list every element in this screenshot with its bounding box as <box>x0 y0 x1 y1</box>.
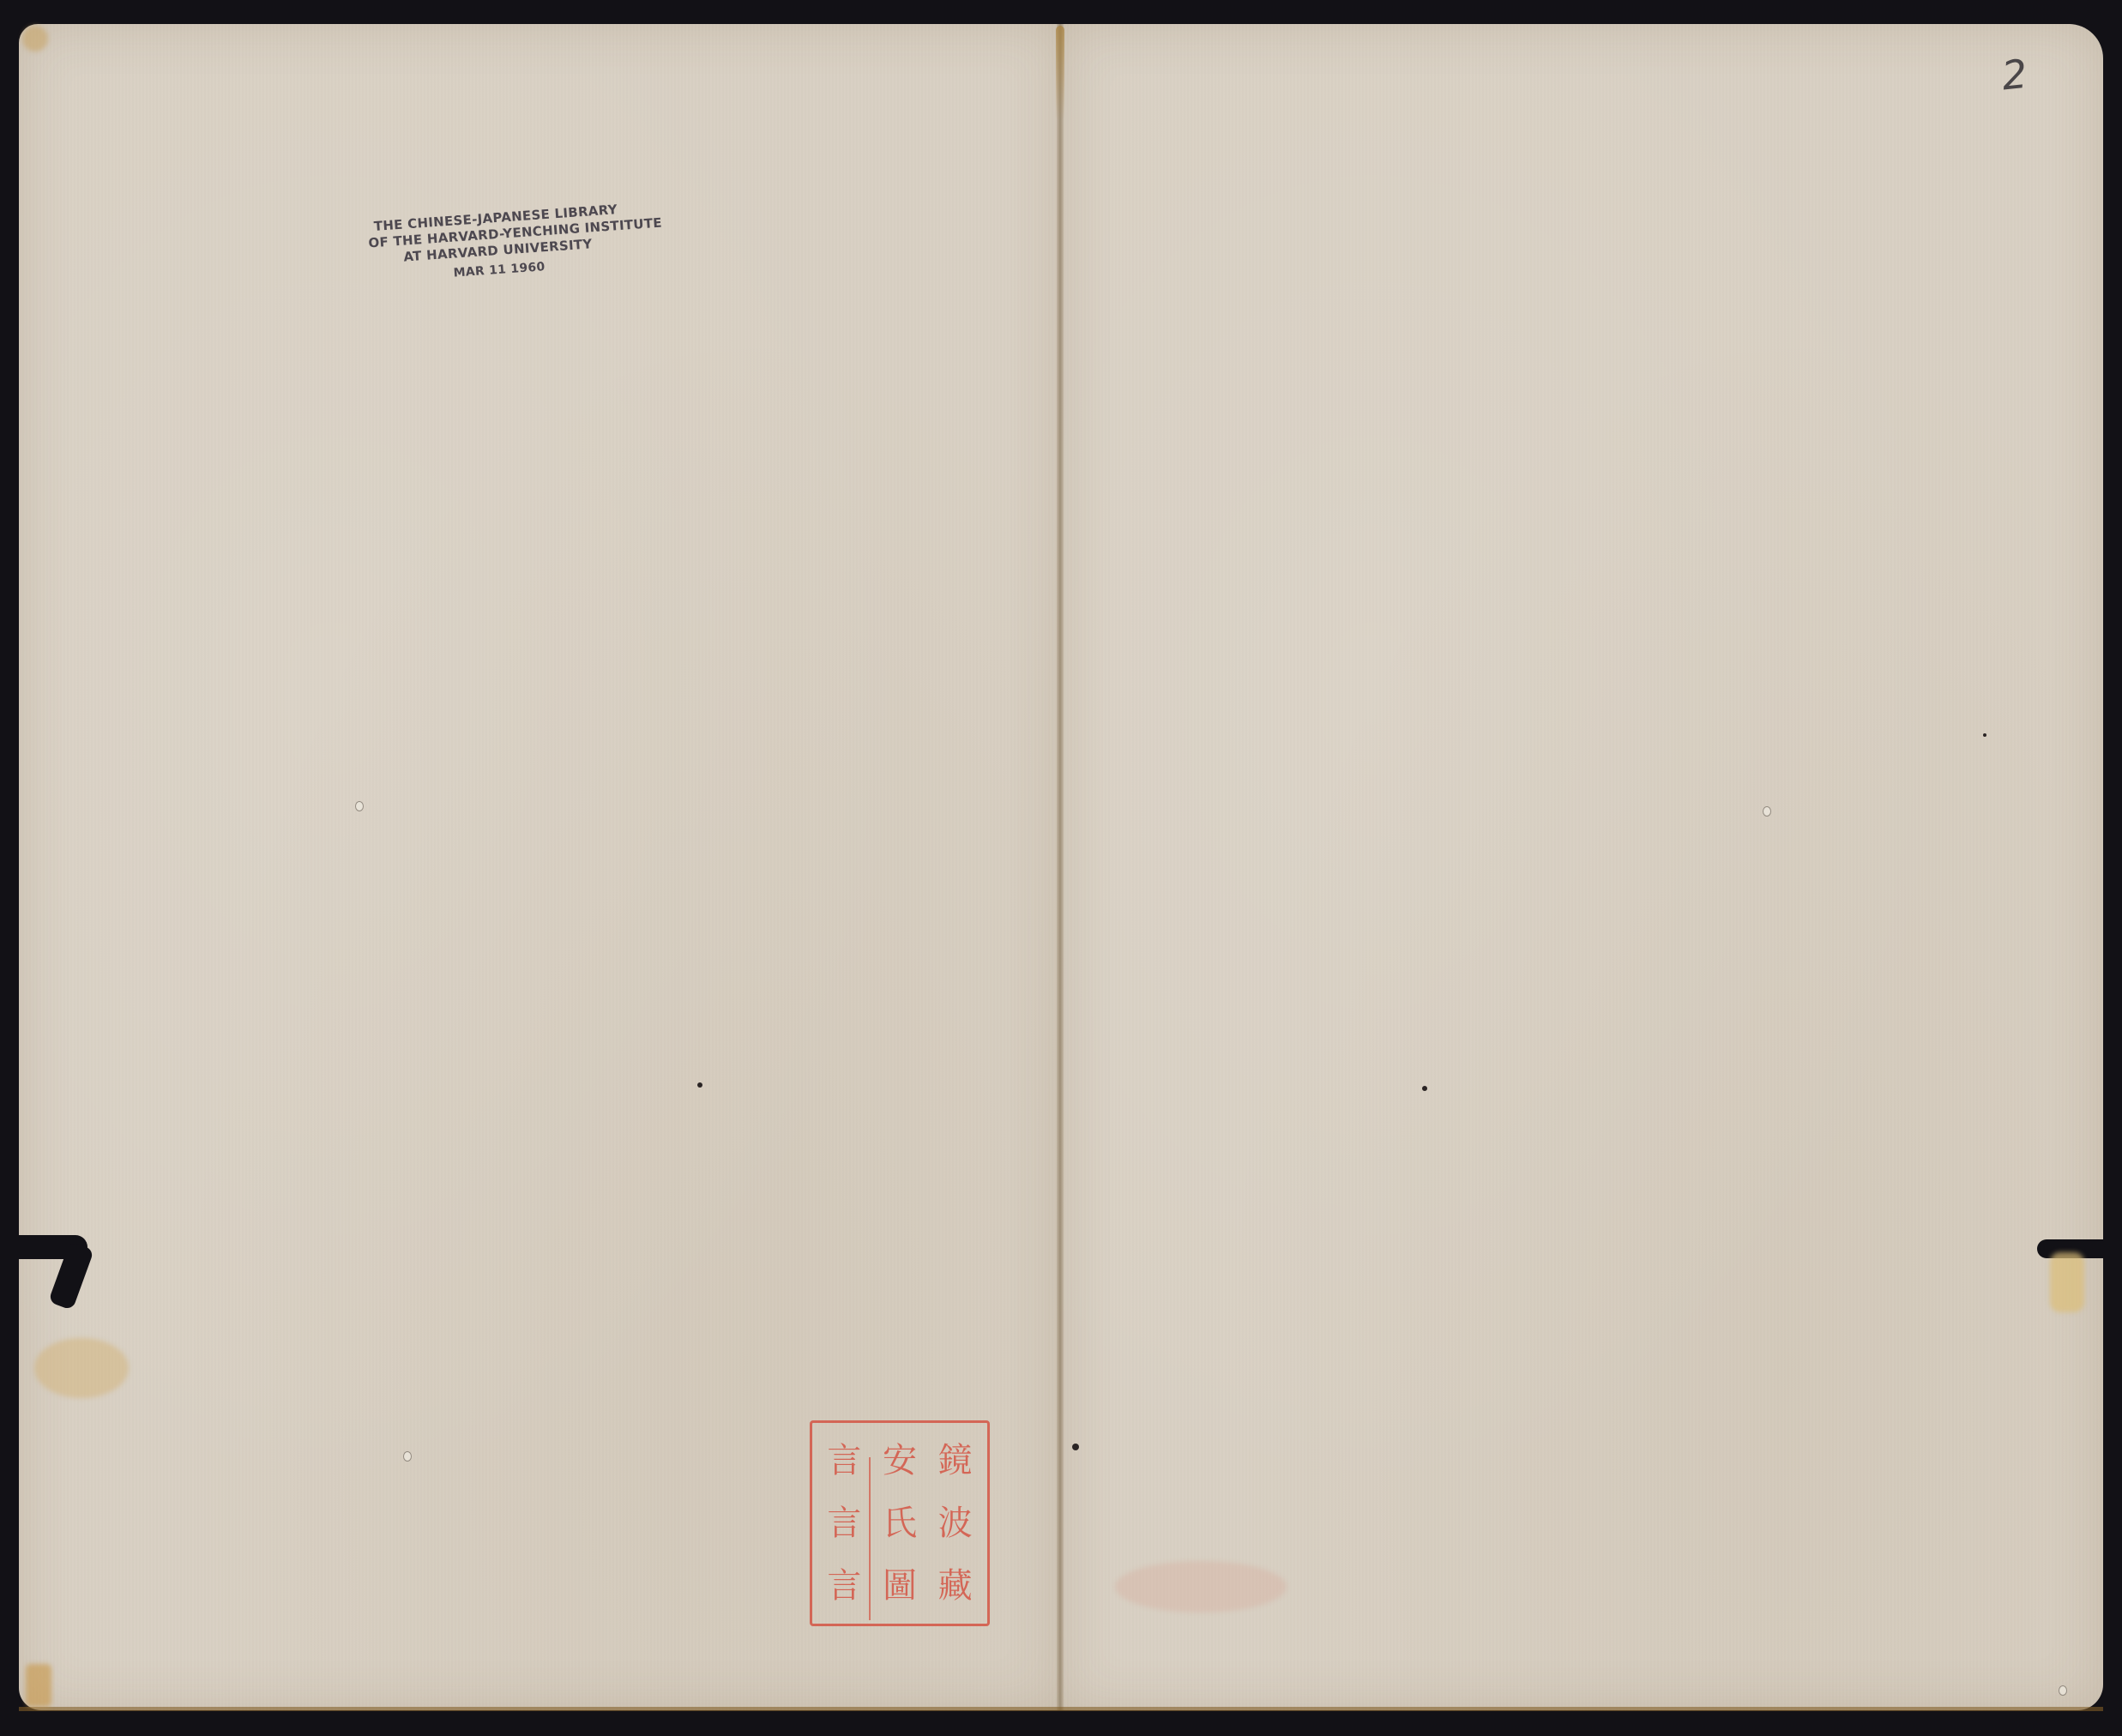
seal-char: 波 <box>938 1506 973 1540</box>
paper-speck <box>697 1082 702 1088</box>
paper-speck <box>1422 1086 1427 1091</box>
paper-hole <box>403 1451 412 1462</box>
paper-stain <box>26 1664 51 1707</box>
book-spine <box>1057 24 1064 1710</box>
paper-stain <box>2050 1252 2084 1312</box>
seal-divider <box>869 1457 871 1620</box>
seal-column-3: 鏡 波 藏 <box>928 1430 982 1617</box>
paper-stain <box>1115 1561 1287 1612</box>
red-seal: 言 言 言 安 氏 圖 鏡 波 藏 <box>810 1420 990 1626</box>
scanned-book-spread: THE CHINESE-JAPANESE LIBRARY OF THE HARV… <box>0 0 2122 1736</box>
paper-speck <box>1983 733 1986 737</box>
spine-stain <box>1056 26 1064 120</box>
seal-char: 安 <box>883 1444 917 1478</box>
seal-char: 藏 <box>938 1569 973 1603</box>
paper-stain <box>22 26 48 51</box>
seal-char: 圖 <box>883 1569 917 1603</box>
bottom-edge <box>19 1707 2103 1711</box>
paper-hole <box>355 801 364 811</box>
right-page <box>1060 24 2103 1710</box>
seal-char: 言 <box>827 1506 861 1540</box>
seal-column-1: 言 言 言 <box>817 1430 871 1617</box>
paper-hole <box>1763 806 1771 817</box>
seal-char: 氏 <box>883 1506 917 1540</box>
paper-hole <box>2059 1685 2067 1696</box>
seal-column-2: 安 氏 圖 <box>873 1430 927 1617</box>
page-number: 2 <box>1999 51 2029 99</box>
seal-char: 言 <box>827 1444 861 1478</box>
paper-speck <box>1072 1444 1079 1450</box>
paper-stain <box>34 1338 129 1398</box>
seal-char: 鏡 <box>938 1444 973 1478</box>
seal-char: 言 <box>827 1569 861 1603</box>
